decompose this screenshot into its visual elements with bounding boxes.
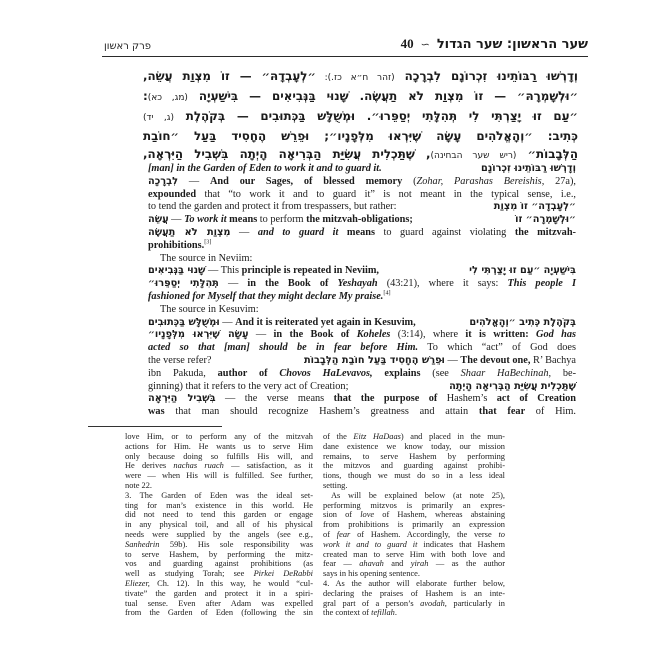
header-ornament-icon: ∽: [421, 38, 430, 51]
footnote-line: tivate” the garden and protect it in a s…: [125, 589, 313, 599]
text-run: (: [402, 176, 416, 187]
translation-line: שָׁנוּי בַּנְּבִיאִים — This principle i…: [148, 265, 576, 278]
text-run: dane existence we know today, our missio…: [323, 442, 505, 451]
footnote-line: Eliezer, Ch. 12). In this way, he would …: [125, 579, 313, 589]
footnote-line: of the Eitz HaDaas) and placed in the mu…: [323, 432, 505, 442]
text-run: the mitzvos and guarding against prohibi…: [323, 461, 505, 470]
text-run: To work it: [184, 214, 229, 227]
text-run: needs were supplied by the angels (see e…: [125, 530, 313, 539]
text-run: (3:14), where: [390, 329, 465, 340]
footnote-line: tions, though we must do so in a less id…: [323, 471, 505, 481]
text-run: This people I: [507, 278, 576, 289]
translation-line: The source in Neviim:: [148, 253, 576, 266]
text-run: And it is reiterated yet again in Kesuvi…: [235, 317, 416, 330]
text-run: (see: [420, 368, 460, 379]
text-run: fashioned for Myself that they might dec…: [148, 291, 383, 302]
translation-line: מִצְוַת לֹא תַעֲשֶׂה — and to guard it m…: [148, 227, 576, 240]
text-run: in the Book of: [247, 278, 337, 289]
text-run: means: [229, 214, 260, 227]
text-run: the context of: [323, 608, 371, 617]
text-run: ting for man’s existence in this world. …: [125, 501, 313, 510]
text-run: author of: [218, 368, 280, 379]
translation-commentary: [man] in the Garden of Eden to work it a…: [148, 163, 576, 419]
text-run: To which “act” of God does: [418, 342, 576, 353]
translation-line: בִּשְׁבִיל הַיִּרְאָה — the verse means …: [148, 393, 576, 406]
footnote-reference: [4]: [383, 290, 390, 297]
footnote-line: Sanhedrin 59b). His sole responsibility …: [125, 540, 313, 550]
text-run: fear —: [323, 559, 359, 568]
text-run: —: [230, 227, 257, 238]
text-run: the verse refer?: [148, 355, 211, 368]
text-run: And our Sages, of blessed memory: [210, 176, 402, 187]
text-run: fear: [337, 530, 351, 539]
translation-line: to tend the garden and protect it from t…: [148, 201, 576, 214]
footnote-line: the mitzvos and guarding against prohibi…: [323, 461, 505, 471]
hebrew-inline-text: ״עַם זוּ יָצַרְתִּי לִי תְּהִלָּתִי יְסַ…: [174, 109, 578, 123]
hebrew-inline-text: כְּתִיב: ״וְהָאֱלֹהִים עָשָׂה שֶׁיִּרְאו…: [143, 129, 578, 143]
translation-line: fashioned for Myself that they might dec…: [148, 291, 576, 304]
footnote-reference: [3]: [204, 238, 211, 245]
text-run: work it and to guard it: [323, 540, 417, 549]
footnote-line: 4. As the author will elaborate further …: [323, 579, 505, 589]
text-run: Eliezer,: [125, 579, 150, 588]
text-run: yirah: [411, 559, 429, 568]
text-run: Ch. 12). In this way, he would “cul-: [150, 579, 313, 588]
hebrew-inline-text: הַלְּבָבוֹת״: [516, 147, 578, 161]
text-run: The devout one,: [460, 355, 530, 368]
footnote-line: work it and to guard it indicates that H…: [323, 540, 505, 550]
hebrew-inline-text: מִצְוַת לֹא תַעֲשֶׂה: [148, 227, 230, 238]
translation-line: was that man should recognize Hashem’s g…: [148, 406, 576, 419]
hebrew-inline-text: לִבְרָכָה: [148, 176, 178, 187]
text-run: setting.: [323, 481, 347, 490]
text-run: tefillah: [371, 608, 395, 617]
text-run: from prohibitions is primarily an expres…: [323, 520, 505, 529]
book-page: פרק ראשון 40 ∽ שער הראשון: שער הגדול וְד…: [0, 0, 650, 650]
text-run: explains: [373, 368, 421, 379]
text-run: , particularly in: [445, 599, 505, 608]
hebrew-inline-text: עָשָׂה שֶׁיִּרְאוּ מִלְּפָנָיו״: [148, 329, 249, 340]
text-run: declaring the praises of Hashem is an in…: [323, 589, 505, 598]
translation-line: לִבְרָכָה — And our Sages, of blessed me…: [148, 176, 576, 189]
text-run: gral part of a person’s: [323, 599, 420, 608]
text-run: 4. As the author will elaborate further …: [323, 579, 505, 588]
text-run: note 22.: [125, 481, 152, 490]
footnote-line: dane existence we know today, our missio…: [323, 442, 505, 452]
translation-line: The source in Kesuvim:: [148, 304, 576, 317]
hebrew-inline-text: וְדָרְשׁוּ רַבּוֹתֵינוּ זִכְרוֹנָם: [481, 163, 576, 176]
text-run: Koheles: [357, 329, 391, 340]
text-run: actions for Him. He wants us to serve Hi…: [125, 442, 313, 451]
text-run: Shaar HaBechinah,: [461, 368, 551, 379]
footnote-line: from prohibitions is primarily an expres…: [323, 520, 505, 530]
footnote-line: actions for Him. He wants us to serve Hi…: [125, 442, 313, 452]
hebrew-inline-text: תְּהִלָּתִי יְסַפֵּרוּ״: [148, 278, 219, 289]
text-run: to perform: [260, 214, 306, 227]
text-run: As will be explained below (at note 25),: [331, 491, 505, 500]
text-run: vos and guarding against prohibitions (a…: [125, 559, 313, 568]
text-run: only because doing so fulfills His will,…: [125, 452, 313, 461]
text-run: love Him, or to perform any of the mitzv…: [125, 432, 313, 441]
text-run: —: [178, 176, 210, 187]
text-run: principle is repeated in Neviim,: [242, 265, 379, 278]
hebrew-inline-text: ״וּלְשָׁמְרָהּ״ — זוֹ מִצְוַת לֹא תַעֲשֶ…: [188, 89, 578, 103]
text-run: says in his opening sentence.: [323, 569, 420, 578]
page-title: שער הראשון: שער הגדול: [437, 37, 588, 52]
footnote-line: well as studying Torah; see Pirkei DeRab…: [125, 569, 313, 579]
text-run: sion of: [323, 510, 360, 519]
text-run: of Hashem, whereas abstaining: [374, 510, 505, 519]
footnote-line: the context of tefillah.: [323, 608, 505, 618]
translation-line: acted so that [man] should be in fear be…: [148, 342, 576, 355]
text-run: (43:21), where it says:: [378, 278, 508, 289]
hebrew-inline-text: וּמְשֻׁלָּשׁ בַּכְּתוּבִים: [148, 317, 220, 330]
footnote-line: He derives nachas ruach — satisfaction, …: [125, 461, 313, 471]
text-run: the mitzvah-obligations;: [306, 214, 413, 227]
hebrew-inline-text: ״וּלְשָׁמְרָה״ זוֹ: [515, 214, 576, 227]
text-run: were — when His will is fulfilled. See f…: [125, 471, 313, 480]
text-run: ) and placed in the mun-: [401, 432, 505, 441]
hebrew-source-text: וְדָרְשׁוּ רַבּוֹתֵינוּ זִכְרוֹנָם לִבְר…: [143, 67, 578, 165]
footnote-line: of fear of Hashem. Accordingly, the vers…: [323, 530, 505, 540]
text-run: to tend the garden and protect it from t…: [148, 201, 396, 214]
footnotes: love Him, or to perform any of the mitzv…: [125, 432, 505, 618]
text-run: in the Book of: [274, 329, 357, 340]
text-run: that “to work it and to guard it” is not…: [196, 189, 576, 200]
page-header: 40 ∽ שער הראשון: שער הגדול: [401, 36, 588, 52]
text-run: Sanhedrin: [125, 540, 159, 549]
text-run: —: [220, 317, 235, 330]
text-run: ginning) that it refers to the very act …: [148, 381, 348, 394]
text-run: 27a),: [544, 176, 576, 187]
text-run: to serve Hashem, by performing the mitz-: [125, 550, 313, 559]
text-run: 59b). His sole responsibility was: [159, 540, 313, 549]
hebrew-inline-text: שֶׁתַּכְלִית עֲשִׂיַּת הַבְּרִיאָה הָיְת…: [449, 381, 576, 394]
hebrew-inline-text: (ריש שער הבחינה): [431, 151, 517, 161]
footnote-line: performing mitzvos is primarily an expre…: [323, 501, 505, 511]
text-run: expounded: [148, 189, 196, 200]
text-run: and to guard it: [258, 227, 347, 238]
text-run: it is written:: [465, 329, 536, 340]
footnote-line: were — when His will is fulfilled. See f…: [125, 471, 313, 481]
hebrew-inline-text: (מג, כא): [148, 93, 188, 103]
translation-line: ibn Pakuda, author of Chovos HaLevavos, …: [148, 368, 576, 381]
text-run: well as studying Torah; see: [125, 569, 254, 578]
text-run: to guard against violating: [383, 227, 514, 238]
footnote-line: from the Garden of Eden (following the s…: [125, 608, 313, 618]
text-run: Yeshayah: [338, 278, 378, 289]
footnote-line: note 22.: [125, 481, 313, 491]
footnote-line: sion of love of Hashem, whereas abstaini…: [323, 510, 505, 520]
text-run: act of Creation: [497, 393, 576, 404]
footnote-separator: [88, 426, 222, 427]
text-run: — satisfaction, as it: [224, 461, 313, 470]
footnote-line: tual sense. Even after Adam was expelled: [125, 599, 313, 609]
text-run: that fear: [479, 406, 536, 417]
hebrew-inline-text: , שֶׁתַּכְלִית עֲשִׂיַּת הַבְּרִיאָה הָי…: [143, 147, 431, 161]
text-run: the mitzvah-: [515, 227, 576, 238]
translation-line: תְּהִלָּתִי יְסַפֵּרוּ״ — in the Book of…: [148, 278, 576, 291]
text-run: God has: [536, 329, 576, 340]
footnote-line: 3. The Garden of Eden was the ideal set-: [125, 491, 313, 501]
hebrew-text-line: כְּתִיב: ״וְהָאֱלֹהִים עָשָׂה שֶׁיִּרְאו…: [143, 127, 578, 145]
footnote-line: vos and guarding against prohibitions (a…: [125, 559, 313, 569]
footnote-column-right: of the Eitz HaDaas) and placed in the mu…: [323, 432, 505, 618]
footnote-line: remains, to serve Hashem by performing: [323, 452, 505, 462]
footnote-line: created man to serve Him with both love …: [323, 550, 505, 560]
text-run: The source in Neviim:: [160, 253, 252, 264]
text-run: avodah: [420, 599, 445, 608]
text-run: was: [148, 406, 175, 417]
text-run: R’ Bachya: [530, 355, 576, 368]
hebrew-inline-text: שָׁנוּי בַּנְּבִיאִים: [148, 265, 205, 278]
text-run: tual sense. Even after Adam was expelled: [125, 599, 313, 608]
hebrew-inline-text: וּפֵרַשׁ הֶחָסִיד בַּעַל חוֹבַת הַלְּבָב…: [304, 355, 445, 368]
hebrew-inline-text: עֲשֵׂה: [148, 214, 169, 227]
translation-line: ginning) that it refers to the very act …: [148, 381, 576, 394]
text-run: He derives: [125, 461, 173, 470]
hebrew-inline-text: (זהר ח״א כז.):: [316, 73, 395, 83]
text-run: Eitz HaDaas: [353, 432, 401, 441]
text-run: .: [395, 608, 397, 617]
footnote-line: love Him, or to perform any of the mitzv…: [125, 432, 313, 442]
text-run: The source in Kesuvim:: [160, 304, 259, 315]
hebrew-text-line: הַלְּבָבוֹת״ (ריש שער הבחינה), שֶׁתַּכְל…: [143, 145, 578, 165]
footnote-line: gral part of a person’s avodah, particul…: [323, 599, 505, 609]
page-number: 40: [401, 36, 414, 52]
footnote-line: says in his opening sentence.: [323, 569, 505, 579]
footnote-line: only because doing so fulfills His will,…: [125, 452, 313, 462]
hebrew-text-line: ״עַם זוּ יָצַרְתִּי לִי תְּהִלָּתִי יְסַ…: [143, 107, 578, 127]
text-run: be-: [551, 368, 576, 379]
footnote-line: needs were supplied by the angels (see e…: [125, 530, 313, 540]
text-run: prohibitions.: [148, 240, 204, 251]
text-run: [man] in the Garden of Eden to work it a…: [148, 163, 382, 176]
text-run: created man to serve Him with both love …: [323, 550, 505, 559]
text-run: — This: [205, 265, 241, 278]
text-run: —: [249, 329, 274, 340]
text-run: did not need to tend this garden or enga…: [125, 510, 313, 519]
header-rule: [102, 56, 588, 57]
translation-line: the verse refer?וּפֵרַשׁ הֶחָסִיד בַּעַל…: [148, 355, 576, 368]
text-run: —: [445, 355, 460, 368]
text-run: — the verse means: [216, 393, 334, 404]
hebrew-inline-text: ״לְעָבְדָהּ״ — זוֹ מִצְוַת עֲשֵׂה,: [143, 69, 316, 83]
text-run: Chovos HaLevavos,: [279, 368, 372, 379]
footnote-line: did not need to tend this garden or enga…: [125, 510, 313, 520]
translation-line: וּמְשֻׁלָּשׁ בַּכְּתוּבִים — And it is r…: [148, 317, 576, 330]
footnote-line: to serve Hashem, by performing the mitz-: [125, 550, 313, 560]
translation-line: expounded that “to work it and to guard …: [148, 189, 576, 202]
text-run: — as the author: [428, 559, 505, 568]
footnote-line: ting for man’s existence in this world. …: [125, 501, 313, 511]
translation-line: prohibitions.[3]: [148, 240, 576, 253]
text-run: that man should recognize Hashem’s great…: [175, 406, 479, 417]
hebrew-inline-text: בִּשְׁבִיל הַיִּרְאָה: [148, 393, 216, 404]
translation-line: עָשָׂה שֶׁיִּרְאוּ מִלְּפָנָיו״ — in the…: [148, 329, 576, 342]
text-run: of the: [323, 432, 353, 441]
text-run: Pirkei DeRabbi: [254, 569, 313, 578]
text-run: ahavah: [359, 559, 384, 568]
text-run: of Him.: [536, 406, 576, 417]
text-run: Hashem’s: [447, 393, 497, 404]
text-run: Zohar, Parashas Bereishis,: [417, 176, 545, 187]
text-run: tions, though we must do so in a less id…: [323, 471, 505, 480]
text-run: remains, to serve Hashem by performing: [323, 452, 505, 461]
text-run: of Hashem. Accordingly, the verse: [350, 530, 498, 539]
footnote-line: in any physical toil, and all of his phy…: [125, 520, 313, 530]
text-run: —: [169, 214, 184, 227]
text-run: indicates that Hashem: [417, 540, 505, 549]
hebrew-inline-text: (ג, יד): [143, 113, 174, 123]
text-run: 3. The Garden of Eden was the ideal set-: [125, 491, 313, 500]
text-run: to: [498, 530, 505, 539]
text-run: from the Garden of Eden (following the s…: [125, 608, 313, 617]
text-run: ibn Pakuda,: [148, 368, 218, 379]
hebrew-text-line: וְדָרְשׁוּ רַבּוֹתֵינוּ זִכְרוֹנָם לִבְר…: [143, 67, 578, 87]
footnote-column-left: love Him, or to perform any of the mitzv…: [125, 432, 313, 618]
hebrew-inline-text: בִּישַׁעְיָה ״עַם זוּ יָצַרְתִּי לִי: [469, 265, 576, 278]
running-head-chapter: פרק ראשון: [104, 41, 151, 52]
text-run: means: [347, 227, 384, 238]
footnote-line: As will be explained below (at note 25),: [323, 491, 505, 501]
text-run: and: [384, 559, 411, 568]
footnote-line: declaring the praises of Hashem is an in…: [323, 589, 505, 599]
translation-line: [man] in the Garden of Eden to work it a…: [148, 163, 576, 176]
text-run: performing mitzvos is primarily an expre…: [323, 501, 505, 510]
text-run: that the purpose of: [334, 393, 447, 404]
text-run: tivate” the garden and protect it in a s…: [125, 589, 313, 598]
text-run: nachas ruach: [173, 461, 223, 470]
hebrew-inline-text: בְּקֹהֶלֶת כְּתִיב ״וְהָאֱלֹהִים: [469, 317, 576, 330]
hebrew-inline-text: ״לְעָבְדָה״ זוֹ מִצְוַת: [494, 201, 576, 214]
hebrew-text-line: ״וּלְשָׁמְרָהּ״ — זוֹ מִצְוַת לֹא תַעֲשֶ…: [143, 87, 578, 107]
text-run: acted so that [man] should be in fear be…: [148, 342, 418, 353]
text-run: —: [219, 278, 248, 289]
footnote-line: fear — ahavah and yirah — as the author: [323, 559, 505, 569]
text-run: of: [323, 530, 337, 539]
footnote-line: setting.: [323, 481, 505, 491]
text-run: in any physical toil, and all of his phy…: [125, 520, 313, 529]
text-run: love: [360, 510, 374, 519]
translation-line: עֲשֵׂה — To work it means to perform the…: [148, 214, 576, 227]
hebrew-inline-text: וְדָרְשׁוּ רַבּוֹתֵינוּ זִכְרוֹנָם לִבְר…: [395, 69, 578, 83]
